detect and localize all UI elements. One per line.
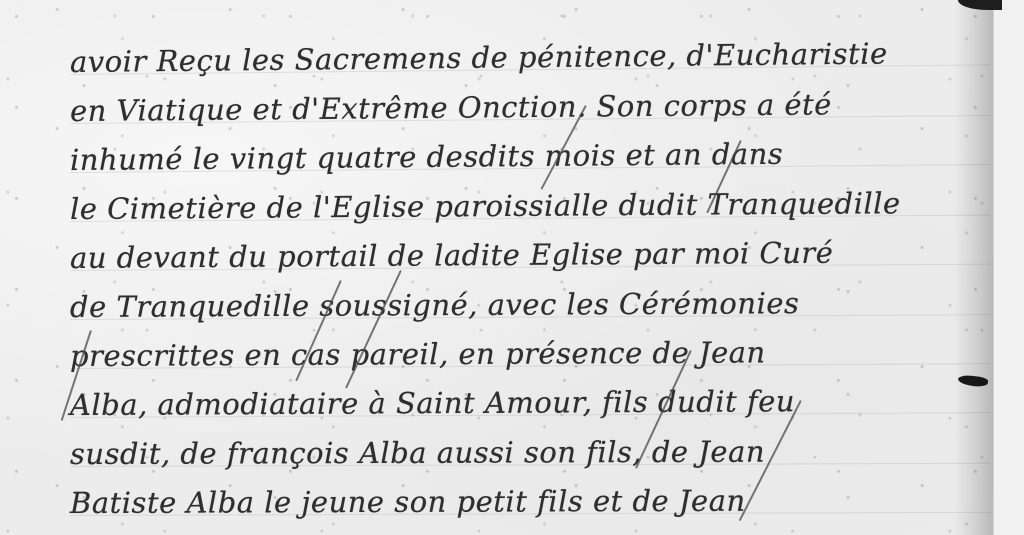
manuscript-line-6: de Tranquedille soussigné, avec les Céré… (70, 278, 990, 332)
line-text: Alba, admodiataire à Saint Amour, fils d… (70, 384, 795, 422)
manuscript-line-1: avoir Reçu les Sacremens de pénitence, d… (70, 28, 990, 87)
manuscript-line-10: Batiste Alba le jeune son petit fils et … (70, 476, 990, 528)
line-text: au devant du portail de ladite Eglise pa… (70, 236, 834, 275)
line-text: Batiste Alba le jeune son petit fils et … (70, 484, 746, 520)
line-text: prescrittes en cas pareil, en présence d… (70, 335, 766, 373)
manuscript-line-3: inhumé le vingt quatre desdits mois et a… (70, 128, 990, 185)
adjacent-page-edge (993, 0, 1024, 535)
manuscript-line-9: susdit, de françois Alba aussi son fils,… (70, 427, 990, 479)
binding-shadow (954, 0, 994, 535)
manuscript-line-8: Alba, admodiataire à Saint Amour, fils d… (70, 376, 990, 430)
manuscript-line-2: en Viatique et d'Extrême Onction. Son co… (70, 79, 990, 136)
line-text: en Viatique et d'Extrême Onction. Son co… (70, 87, 832, 128)
line-text: le Cimetière de l'Eglise paroissialle du… (70, 186, 901, 226)
line-text: inhumé le vingt quatre desdits mois et a… (70, 137, 783, 177)
line-text: de Tranquedille soussigné, avec les Céré… (70, 286, 800, 324)
manuscript-line-5: au devant du portail de ladite Eglise pa… (70, 228, 990, 283)
handwritten-text-block: avoir Reçu les Sacremens de pénitence, d… (70, 38, 990, 528)
manuscript-line-4: le Cimetière de l'Eglise paroissialle du… (70, 179, 990, 234)
line-text: avoir Reçu les Sacremens de pénitence, d… (70, 36, 888, 79)
line-text: susdit, de françois Alba aussi son fils,… (70, 435, 765, 471)
manuscript-page: avoir Reçu les Sacremens de pénitence, d… (0, 0, 1024, 535)
manuscript-line-7: prescrittes en cas pareil, en présence d… (70, 327, 990, 381)
